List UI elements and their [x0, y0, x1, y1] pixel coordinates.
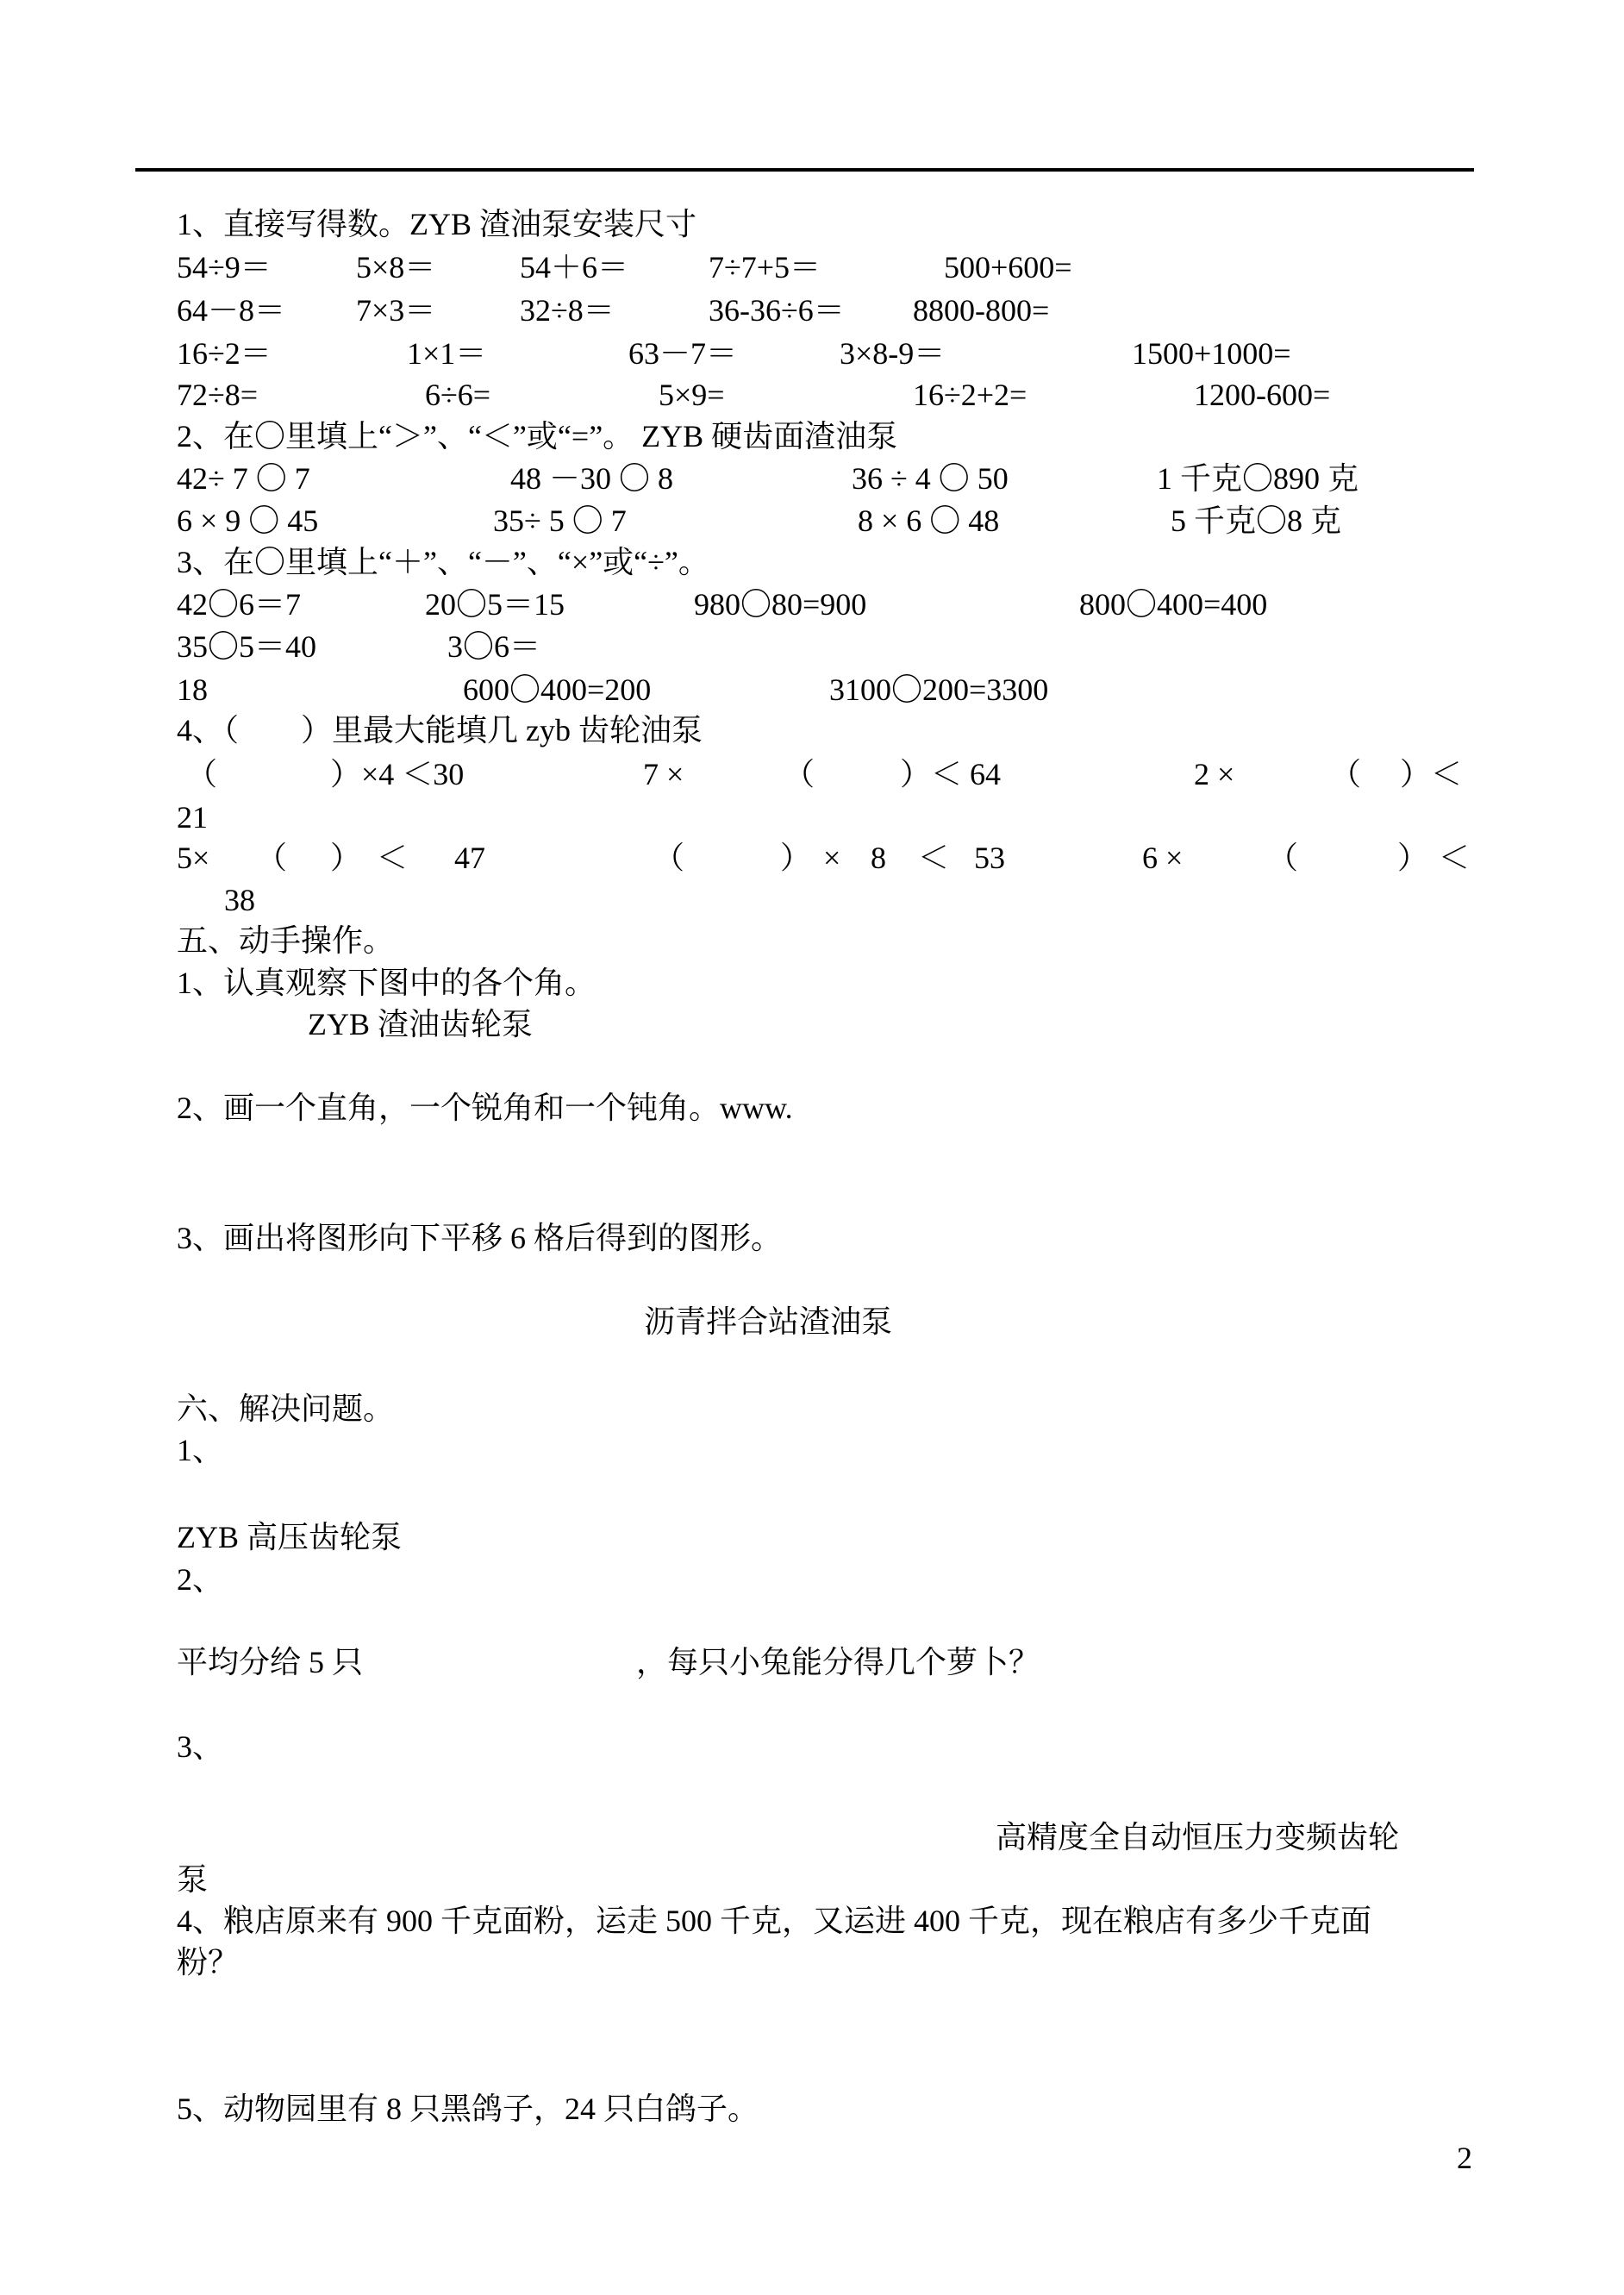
text-line: 16÷2＝1×1＝63－7＝3×8-9＝1500+1000=: [0, 334, 1624, 377]
text-segment: 沥青拌合站渣油泵: [644, 1302, 892, 1341]
text-line: （）×4 ＜307 ×（）＜ 642 ×（）＜: [0, 754, 1624, 797]
text-segment: 21: [177, 797, 208, 837]
text-segment: 6 × 9 〇 45: [177, 501, 318, 541]
text-segment: 980〇80=900: [694, 585, 866, 624]
text-segment: 600〇400=200: [463, 670, 651, 710]
text-segment: （: [1267, 838, 1298, 878]
text-segment: ＜: [1439, 838, 1470, 878]
text-segment: 20〇5＝15: [425, 585, 565, 624]
text-segment: 5×8＝: [356, 247, 435, 287]
text-segment: 1200-600=: [1194, 375, 1330, 415]
text-segment: （: [256, 838, 287, 878]
text-segment: 1×1＝: [407, 334, 486, 373]
text-segment: 5 千克〇8 克: [1171, 501, 1341, 541]
text-segment: 1、直接写得数。ZYB 渣油泵安装尺寸: [177, 204, 696, 244]
text-segment: 3×8-9＝: [840, 334, 945, 373]
text-segment: ZYB 渣油齿轮泵: [308, 1004, 533, 1044]
text-segment: 平均分给 5 只: [177, 1642, 363, 1682]
text-segment: ）×4 ＜30: [330, 754, 464, 794]
text-segment: 16÷2＝: [177, 334, 272, 373]
text-segment: 六、解决问题。: [177, 1389, 394, 1429]
text-segment: 1500+1000=: [1132, 334, 1291, 373]
text-segment: （: [1330, 754, 1361, 794]
text-segment: （: [784, 754, 815, 794]
text-segment: 500+600=: [944, 247, 1072, 287]
text-line: 五、动手操作。: [0, 921, 1624, 964]
text-line: 3、画出将图形向下平移 6 格后得到的图形。: [0, 1218, 1624, 1261]
text-segment: 2 ×: [1194, 754, 1234, 794]
text-line: 21: [0, 797, 1624, 841]
text-line: 3、: [0, 1727, 1624, 1770]
worksheet-page: 1、直接写得数。ZYB 渣油泵安装尺寸54÷9＝5×8＝54＋6＝7÷7+5＝5…: [0, 0, 1624, 2295]
text-segment: 38: [224, 880, 255, 920]
text-segment: 53: [974, 838, 1005, 878]
text-segment: 35〇5＝40: [177, 627, 316, 666]
text-segment: 63－7＝: [628, 334, 737, 373]
text-segment: 6÷6=: [425, 375, 490, 415]
text-segment: 2、: [177, 1560, 223, 1599]
text-line: 1、认真观察下图中的各个角。: [0, 963, 1624, 1006]
text-line: 2、: [0, 1560, 1624, 1603]
text-line: 1、: [0, 1430, 1624, 1473]
text-segment: 800〇400=400: [1079, 585, 1267, 624]
text-line: 3、在〇里填上“＋”、“－”、“×”或“÷”。: [0, 542, 1624, 585]
text-segment: 7 ×: [643, 754, 684, 794]
text-line: 2、画一个直角，一个锐角和一个钝角。www.: [0, 1088, 1624, 1131]
text-segment: 3、画出将图形向下平移 6 格后得到的图形。: [177, 1218, 782, 1258]
text-segment: 8 × 6 〇 48: [858, 501, 999, 541]
text-segment: 2、在〇里填上“＞”、“＜”或“=”。 ZYB 硬齿面渣油泵: [177, 416, 897, 456]
text-line: 54÷9＝5×8＝54＋6＝7÷7+5＝500+600=: [0, 247, 1624, 291]
text-line: 1、直接写得数。ZYB 渣油泵安装尺寸: [0, 204, 1624, 247]
header-rule: [135, 168, 1474, 172]
text-segment: ）: [780, 838, 811, 878]
text-segment: 6 ×: [1142, 838, 1183, 878]
text-line: 64－8＝7×3＝32÷8＝36-36÷6＝8800-800=: [0, 291, 1624, 334]
text-segment: 1 千克〇890 克: [1157, 459, 1359, 498]
text-segment: 1、: [177, 1430, 223, 1470]
text-line: 4、粮店原来有 900 千克面粉，运走 500 千克，又运进 400 千克，现在…: [0, 1901, 1624, 1944]
text-segment: 18: [177, 670, 208, 710]
text-segment: ＜: [918, 838, 949, 878]
text-segment: 2、画一个直角，一个锐角和一个钝角。www.: [177, 1088, 793, 1128]
text-segment: ）＜ 64: [900, 754, 1001, 794]
text-segment: ）＜: [1400, 754, 1462, 794]
text-segment: ×: [823, 838, 840, 878]
text-segment: 8: [871, 838, 886, 878]
text-line: 35〇5＝403〇6＝: [0, 627, 1624, 670]
text-segment: 72÷8=: [177, 375, 258, 415]
text-segment: 54＋6＝: [520, 247, 628, 287]
text-line: 六、解决问题。: [0, 1389, 1624, 1432]
text-segment: 4、粮店原来有 900 千克面粉，运走 500 千克，又运进 400 千克，现在…: [177, 1901, 1371, 1941]
page-number: 2: [1457, 2141, 1472, 2175]
text-segment: （: [186, 754, 217, 794]
text-segment: ，每只小兔能分得几个萝卜？: [636, 1642, 1040, 1682]
text-line: 平均分给 5 只，每只小兔能分得几个萝卜？: [0, 1642, 1624, 1685]
text-line: 72÷8=6÷6=5×9=16÷2+2=1200-600=: [0, 375, 1624, 418]
text-segment: 8800-800=: [913, 291, 1049, 330]
text-segment: 42÷ 7 〇 7: [177, 459, 310, 498]
text-segment: 64－8＝: [177, 291, 285, 330]
text-segment: 5×: [177, 838, 209, 878]
text-segment: 36-36÷6＝: [709, 291, 845, 330]
text-segment: ）: [1397, 838, 1428, 878]
text-segment: ）: [330, 838, 361, 878]
text-line: ZYB 高压齿轮泵: [0, 1517, 1624, 1560]
text-line: 高精度全自动恒压力变频齿轮: [0, 1817, 1624, 1860]
text-segment: 泵: [177, 1860, 208, 1899]
text-segment: （: [653, 838, 684, 878]
text-segment: 1、认真观察下图中的各个角。: [177, 963, 596, 1003]
text-segment: 54÷9＝: [177, 247, 272, 287]
text-line: 42÷ 7 〇 748 －30 〇 836 ÷ 4 〇 501 千克〇890 克: [0, 459, 1624, 502]
text-segment: ＜: [377, 838, 408, 878]
text-segment: 5×9=: [659, 375, 725, 415]
text-segment: 7×3＝: [356, 291, 435, 330]
text-line: 5×（）＜47（）×8＜536 ×（）＜: [0, 838, 1624, 881]
text-line: 42〇6＝720〇5＝15980〇80=900800〇400=400: [0, 585, 1624, 628]
text-line: 38: [0, 880, 1624, 923]
text-segment: 3、: [177, 1727, 223, 1767]
text-line: 2、在〇里填上“＞”、“＜”或“=”。 ZYB 硬齿面渣油泵: [0, 416, 1624, 460]
text-segment: 36 ÷ 4 〇 50: [852, 459, 1009, 498]
text-line: 18600〇400=2003100〇200=3300: [0, 670, 1624, 713]
text-line: 沥青拌合站渣油泵: [0, 1302, 1624, 1345]
text-line: 粉？: [0, 1942, 1624, 1985]
text-line: 4、（ ）里最大能填几 zyb 齿轮油泵: [0, 710, 1624, 754]
text-segment: 35÷ 5 〇 7: [493, 501, 627, 541]
text-line: 泵: [0, 1860, 1624, 1903]
text-segment: 42〇6＝7: [177, 585, 301, 624]
text-segment: 16÷2+2=: [913, 375, 1027, 415]
text-segment: 粉？: [177, 1942, 239, 1982]
text-segment: 高精度全自动恒压力变频齿轮: [996, 1817, 1399, 1857]
text-segment: 5、动物园里有 8 只黑鸽子，24 只白鸽子。: [177, 2089, 759, 2129]
text-line: ZYB 渣油齿轮泵: [0, 1004, 1624, 1047]
text-segment: ZYB 高压齿轮泵: [177, 1517, 402, 1557]
text-segment: 五、动手操作。: [177, 921, 394, 960]
text-segment: 47: [454, 838, 485, 878]
text-segment: 4、（ ）里最大能填几 zyb 齿轮油泵: [177, 710, 703, 750]
text-segment: 3〇6＝: [447, 627, 540, 666]
text-segment: 48 －30 〇 8: [510, 459, 673, 498]
text-segment: 7÷7+5＝: [709, 247, 821, 287]
text-line: 5、动物园里有 8 只黑鸽子，24 只白鸽子。: [0, 2089, 1624, 2132]
text-segment: 3、在〇里填上“＋”、“－”、“×”或“÷”。: [177, 542, 709, 582]
text-segment: 3100〇200=3300: [829, 670, 1048, 710]
text-segment: 32÷8＝: [520, 291, 615, 330]
text-line: 6 × 9 〇 4535÷ 5 〇 78 × 6 〇 485 千克〇8 克: [0, 501, 1624, 544]
